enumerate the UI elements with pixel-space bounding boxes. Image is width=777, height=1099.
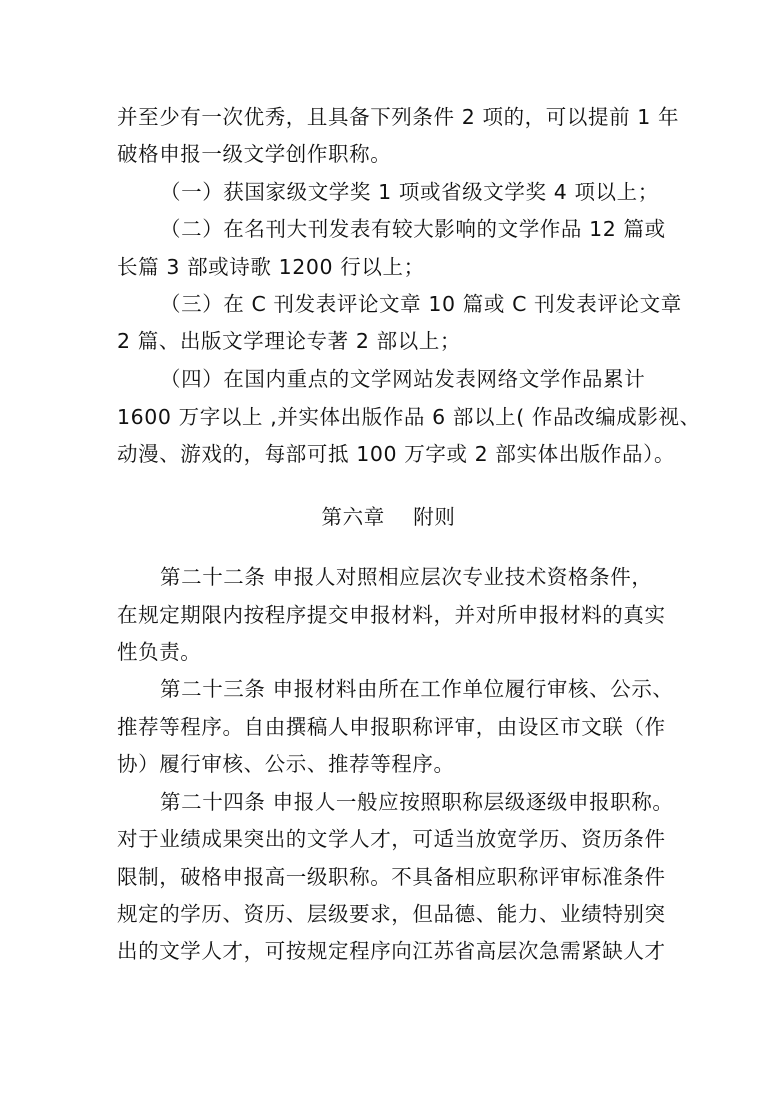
text-line: 对于业绩成果突出的文学人才，可适当放宽学历、资历条件 [117, 824, 677, 854]
text-line: 规定的学历、资历、层级要求，但品德、能力、业绩特别突 [117, 899, 677, 929]
chapter-heading: 第六章 附则 [0, 502, 777, 532]
text-line: 1600 万字以上 ,并实体出版作品 6 部以上( 作品改编成影视、 [117, 402, 677, 432]
text-line: 性负责。 [117, 637, 677, 667]
text-line: 并至少有一次优秀，且具备下列条件 2 项的，可以提前 1 年 [117, 102, 677, 132]
list-item-condition-4: （四）在国内重点的文学网站发表网络文学作品累计 [160, 364, 720, 394]
article-23-start: 第二十三条 申报材料由所在工作单位履行审核、公示、 [160, 674, 720, 704]
document-page: 并至少有一次优秀，且具备下列条件 2 项的，可以提前 1 年 破格申报一级文学创… [0, 0, 777, 1099]
text-line: 推荐等程序。自由撰稿人申报职称评审，由设区市文联（作 [117, 712, 677, 742]
article-22-start: 第二十二条 申报人对照相应层次专业技术资格条件， [160, 562, 720, 592]
article-24-start: 第二十四条 申报人一般应按照职称层级逐级申报职称。 [160, 787, 720, 817]
list-item-condition-3: （三）在 C 刊发表评论文章 10 篇或 C 刊发表评论文章 [160, 289, 720, 319]
text-line: 长篇 3 部或诗歌 1200 行以上； [117, 252, 677, 282]
text-line: 2 篇、出版文学理论专著 2 部以上； [117, 326, 677, 356]
text-line: 协）履行审核、公示、推荐等程序。 [117, 749, 677, 779]
list-item-condition-1: （一）获国家级文学奖 1 项或省级文学奖 4 项以上； [160, 177, 720, 207]
text-line: 出的文学人才，可按规定程序向江苏省高层次急需紧缺人才 [117, 936, 677, 966]
list-item-condition-2: （二）在名刊大刊发表有较大影响的文学作品 12 篇或 [160, 214, 720, 244]
text-line: 限制，破格申报高一级职称。不具备相应职称评审标准条件 [117, 862, 677, 892]
text-line: 在规定期限内按程序提交申报材料，并对所申报材料的真实 [117, 600, 677, 630]
text-line: 动漫、游戏的，每部可抵 100 万字或 2 部实体出版作品）。 [117, 439, 677, 469]
text-line: 破格申报一级文学创作职称。 [117, 139, 677, 169]
